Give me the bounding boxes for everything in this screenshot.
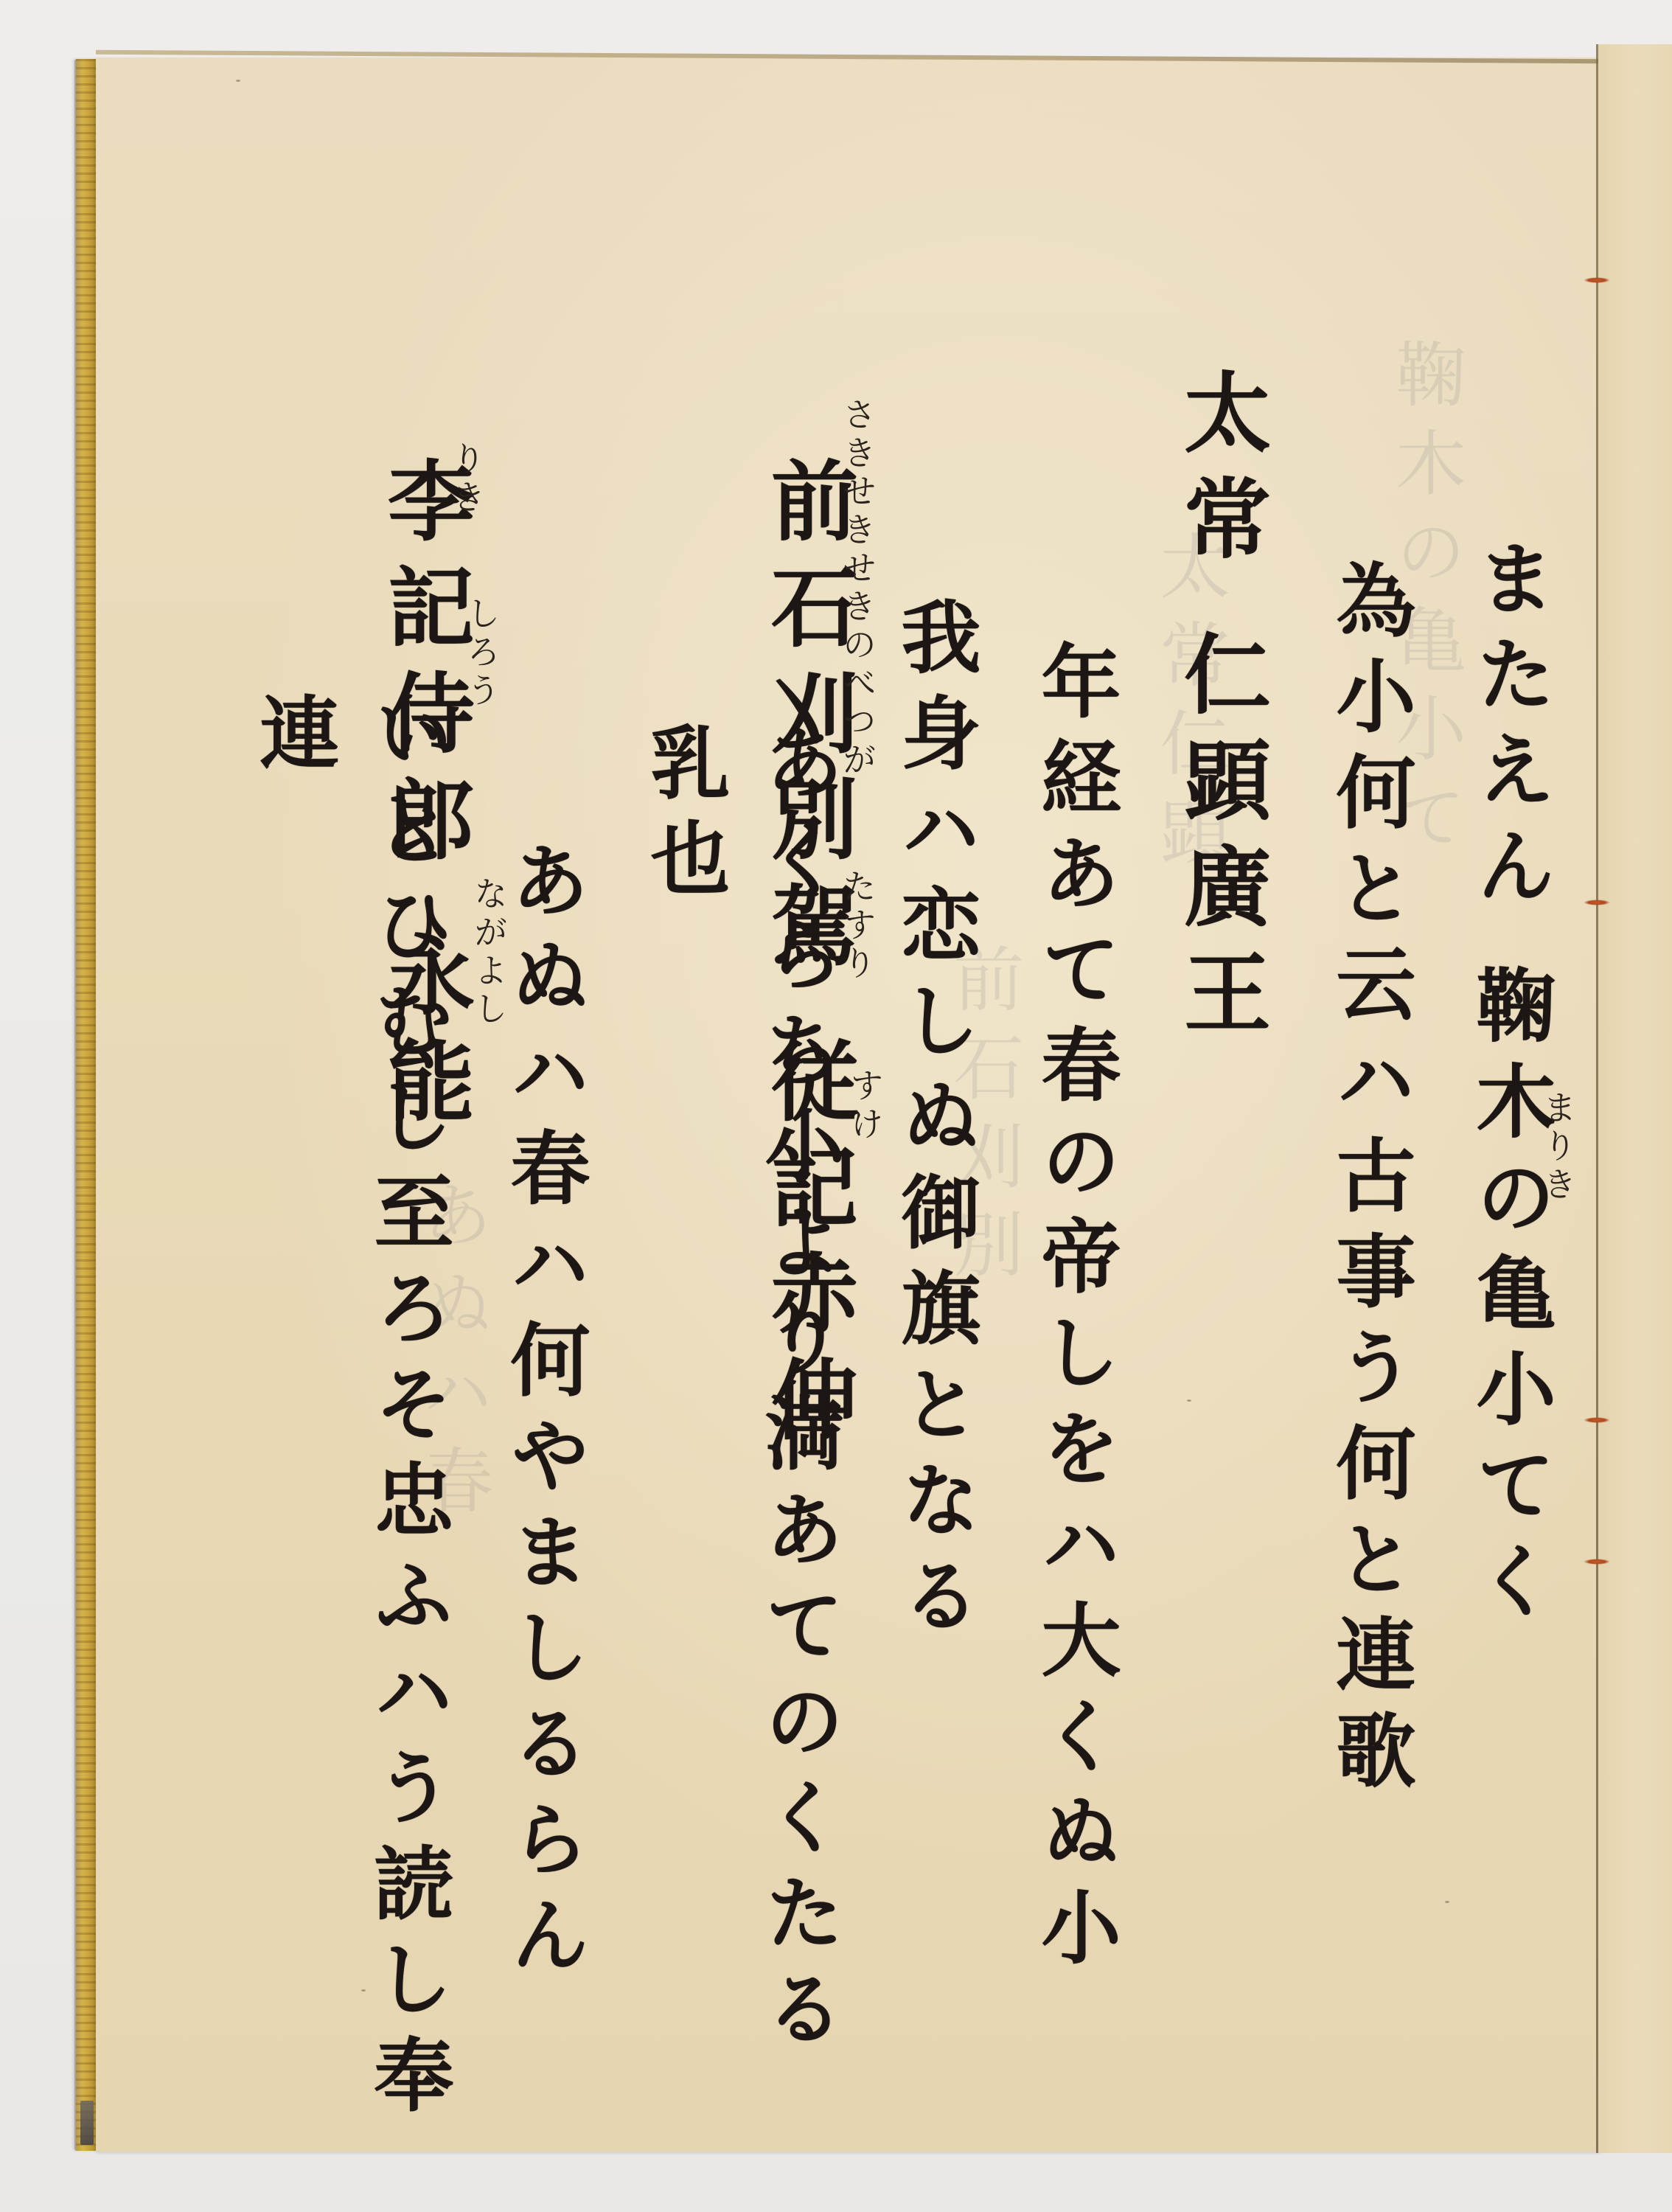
column-text: あくらち小より満あてのくたる乳也	[637, 721, 844, 2063]
next-page-edge	[1598, 44, 1672, 2153]
paper-fleck	[1187, 1399, 1191, 1402]
text-column-4: 年経あて春の帝しをハ大くぬ小	[1017, 640, 1132, 1982]
heading-text: 太常 仁顕廣王	[1169, 367, 1272, 1054]
column-text: またえん 鞠木の亀小てく	[1463, 537, 1556, 1635]
paper-fleck	[361, 1989, 366, 1992]
column-text: 為小何と云ハ古事う何と連歌	[1323, 559, 1415, 1805]
text-column-10: いとひむし至ろそ忠ふハう読し奉連	[236, 692, 464, 2152]
gilt-book-edge	[74, 59, 98, 2151]
text-column-5: 我身ハ恋しぬ御旗となる	[877, 596, 992, 1650]
text-column-7: あくらち小より満あてのくたる乳也	[627, 721, 855, 2152]
binding-fold	[1596, 44, 1598, 2153]
book-page: 鞠木の亀小て 太常仁顕 前石刈別 あぬハ春 またえん 鞠木の亀小てく まりき 為…	[96, 58, 1601, 2152]
text-column-2: 為小何と云ハ古事う何と連歌	[1312, 559, 1427, 1805]
furigana: まりき	[1533, 1090, 1582, 1205]
furigana: りき	[442, 441, 491, 518]
binding-stitch	[1584, 1559, 1610, 1565]
furigana: ながよし	[464, 876, 513, 1029]
paper-fleck	[236, 80, 240, 82]
binding-stitch	[1584, 900, 1610, 905]
text-column-1: またえん 鞠木の亀小てく	[1452, 537, 1567, 1635]
column-text: いとひむし至ろそ忠ふハう読し奉連	[246, 692, 453, 2129]
column-text: 年経あて春の帝しをハ大くぬ小	[1028, 640, 1121, 1982]
paper-fleck	[1445, 1901, 1449, 1903]
poet-heading-1: 太常 仁顕廣王	[1157, 367, 1283, 1054]
binding-stitch	[1584, 1417, 1610, 1423]
binding-stitch	[1584, 277, 1610, 283]
edge-wear-mark	[80, 2101, 94, 2145]
column-text: 我身ハ恋しぬ御旗となる	[888, 596, 980, 1650]
